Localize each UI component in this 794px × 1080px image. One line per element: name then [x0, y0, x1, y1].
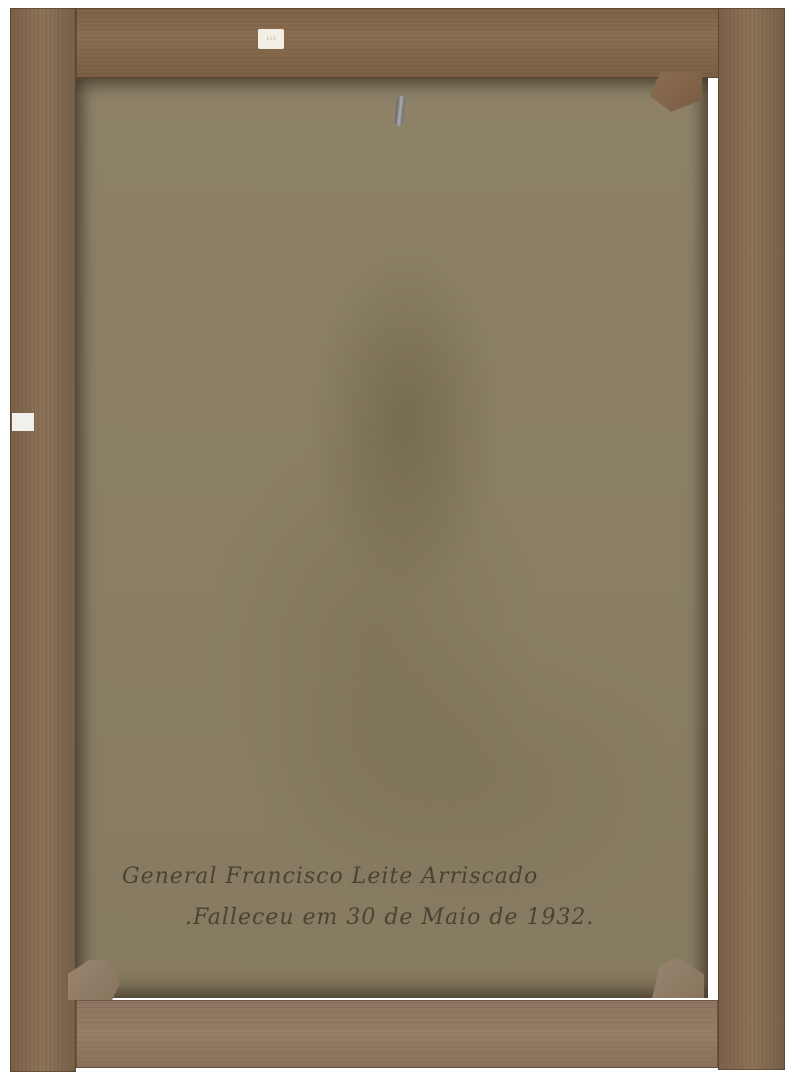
canvas-back [76, 78, 708, 998]
paper-label-left [12, 413, 34, 431]
right-stretcher-bar [718, 8, 785, 1070]
inventory-label: 115 [258, 29, 284, 49]
inscription-line-1: General Francisco Leite Arriscado [122, 864, 538, 889]
top-stretcher-bar [76, 8, 720, 78]
left-stretcher-bar [10, 8, 76, 1072]
inscription-line-2: .Falleceu em 30 de Maio de 1932. [185, 905, 594, 930]
bottom-stretcher-bar [76, 1000, 718, 1068]
